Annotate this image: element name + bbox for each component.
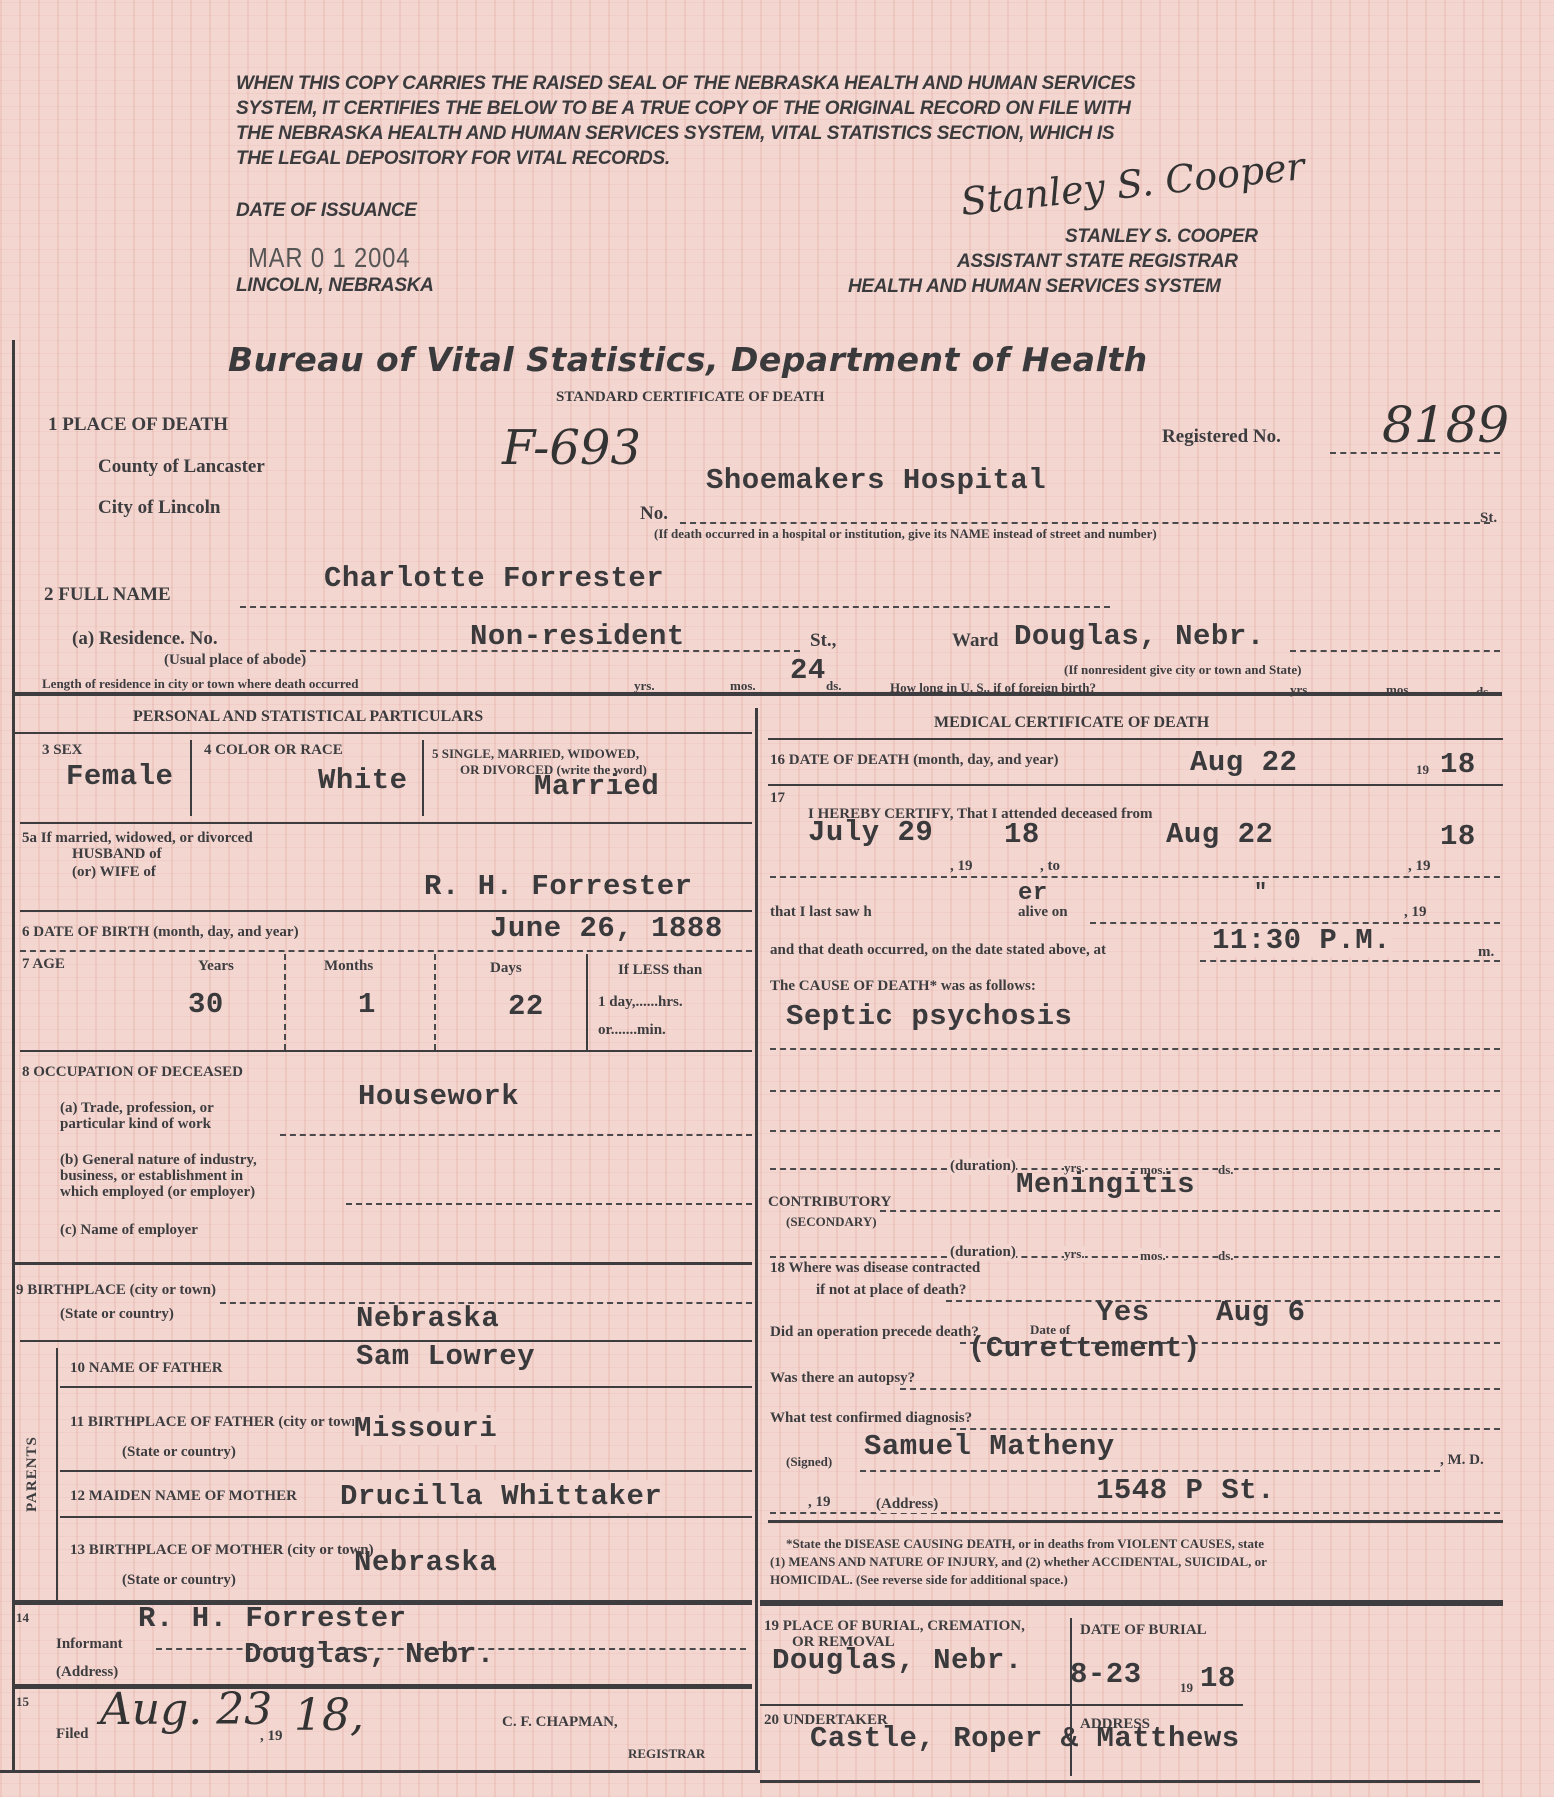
registrar-signature: Stanley S. Cooper bbox=[959, 144, 1307, 224]
dod-value: Aug 22 bbox=[1190, 746, 1297, 779]
rule bbox=[770, 1048, 1500, 1050]
certification-line-1: WHEN THIS COPY CARRIES THE RAISED SEAL O… bbox=[236, 73, 1135, 95]
signer-name: STANLEY S. COOPER bbox=[1065, 226, 1258, 248]
duration-mos-2: mos. bbox=[1140, 1248, 1166, 1264]
column-divider bbox=[755, 708, 758, 1770]
dob-label: 6 DATE OF BIRTH (month, day, and year) bbox=[22, 924, 299, 941]
filed-label: Filed bbox=[56, 1726, 89, 1743]
physician-address-label: (Address) bbox=[876, 1496, 938, 1513]
duration-label-1: (duration) bbox=[950, 1158, 1016, 1175]
trade-value: Housework bbox=[358, 1080, 519, 1113]
death-occurred-label: and that death occurred, on the date sta… bbox=[770, 942, 1106, 959]
full-name-label: 2 FULL NAME bbox=[44, 584, 171, 606]
signed-label: (Signed) bbox=[786, 1454, 832, 1470]
footnote-line-2: (1) MEANS AND NATURE OF INJURY, and (2) … bbox=[770, 1554, 1267, 1570]
sex-value: Female bbox=[66, 760, 173, 793]
cause-of-death: Septic psychosis bbox=[786, 1000, 1072, 1033]
burial-year-prefix: 19 bbox=[1180, 1680, 1193, 1696]
informant-address: Douglas, Nebr. bbox=[244, 1638, 495, 1671]
registered-no-line bbox=[1330, 452, 1500, 454]
registered-no-label: Registered No. bbox=[1162, 426, 1281, 448]
burial-year: 18 bbox=[1200, 1662, 1236, 1695]
personal-section-title: PERSONAL AND STATISTICAL PARTICULARS bbox=[133, 708, 483, 726]
duration-ds-2: ds. bbox=[1218, 1248, 1234, 1264]
registered-number: 8189 bbox=[1382, 396, 1509, 454]
spouse-label-3: (or) WIFE of bbox=[72, 864, 156, 881]
occupation-label: 8 OCCUPATION OF DECEASED bbox=[22, 1064, 243, 1081]
duration-label-2: (duration) bbox=[950, 1244, 1016, 1261]
operation-type: (Curettement) bbox=[968, 1332, 1201, 1365]
signer-organization: HEALTH AND HUMAN SERVICES SYSTEM bbox=[848, 276, 1221, 298]
burial-date-label: DATE OF BURIAL bbox=[1080, 1622, 1207, 1639]
rule bbox=[768, 738, 1503, 740]
rule bbox=[586, 954, 588, 1050]
to-label: , to bbox=[1040, 858, 1060, 875]
section-divider bbox=[12, 692, 1502, 696]
rule bbox=[56, 1348, 58, 1600]
street-line bbox=[680, 522, 1490, 524]
certification-line-4: THE LEGAL DEPOSITORY FOR VITAL RECORDS. bbox=[236, 148, 670, 170]
rule bbox=[770, 876, 1500, 878]
informant-number: 14 bbox=[16, 1610, 29, 1626]
filed-date: Aug. 23 bbox=[100, 1684, 272, 1735]
duration-yrs-2: yrs. bbox=[1064, 1246, 1085, 1262]
mother-name-label: 12 MAIDEN NAME OF MOTHER bbox=[70, 1488, 297, 1505]
rule bbox=[760, 1704, 1243, 1706]
spouse-label-1: 5a If married, widowed, or divorced bbox=[22, 830, 253, 847]
physician-address: 1548 P St. bbox=[1096, 1474, 1275, 1507]
rule bbox=[20, 950, 752, 952]
rule bbox=[20, 1050, 752, 1052]
years-label: Years bbox=[198, 958, 234, 975]
employer-label: (c) Name of employer bbox=[60, 1222, 198, 1239]
filed-number: 15 bbox=[16, 1694, 29, 1710]
operation-label: Did an operation precede death? bbox=[770, 1324, 979, 1341]
attended-to: Aug 22 bbox=[1166, 818, 1273, 851]
dod-year: 18 bbox=[1440, 748, 1476, 781]
informant-address-label: (Address) bbox=[56, 1664, 118, 1681]
street-no-label: No. bbox=[640, 503, 668, 525]
ward-value: Douglas, Nebr. bbox=[1014, 620, 1265, 653]
residence-line bbox=[300, 650, 800, 652]
institution-note: (If death occurred in a hospital or inst… bbox=[654, 526, 1157, 542]
registrar-title: REGISTRAR bbox=[628, 1746, 705, 1762]
mother-birthplace-state-label: (State or country) bbox=[122, 1572, 236, 1589]
bureau-title: Bureau of Vital Statistics, Department o… bbox=[228, 340, 1148, 379]
father-birthplace-label: 11 BIRTHPLACE OF FATHER (city or town) bbox=[70, 1414, 365, 1431]
file-number: F-693 bbox=[502, 420, 641, 476]
city: City of Lincoln bbox=[98, 497, 220, 519]
certification-line-2: SYSTEM, IT CERTIFIES THE BELOW TO BE A T… bbox=[236, 98, 1131, 120]
mother-maiden-name: Drucilla Whittaker bbox=[340, 1480, 662, 1513]
contributory-label: CONTRIBUTORY bbox=[768, 1194, 891, 1211]
attended-from-year: 18 bbox=[1004, 818, 1040, 851]
rule bbox=[860, 1470, 1440, 1472]
rule bbox=[60, 1516, 752, 1518]
marital-label-1: 5 SINGLE, MARRIED, WIDOWED, bbox=[432, 746, 639, 762]
spouse-value: R. H. Forrester bbox=[424, 870, 693, 903]
physician-year-prefix: , 19 bbox=[808, 1494, 831, 1511]
rule bbox=[0, 1770, 760, 1773]
residence-label: (a) Residence. No. bbox=[72, 628, 218, 650]
rule bbox=[20, 822, 752, 824]
nonresident-note: (If nonresident give city or town and St… bbox=[1064, 662, 1302, 678]
date-of-issuance-label: DATE OF ISSUANCE bbox=[236, 200, 417, 222]
minutes-field: or.......min. bbox=[598, 1022, 666, 1039]
length-days-value: 24 bbox=[790, 654, 826, 687]
contracted-label-1: 18 Where was disease contracted bbox=[770, 1260, 980, 1277]
certification-line-3: THE NEBRASKA HEALTH AND HUMAN SERVICES S… bbox=[236, 123, 1114, 145]
rule bbox=[284, 954, 286, 1050]
rule bbox=[770, 1090, 1500, 1092]
alive-on-ditto: " bbox=[1254, 880, 1268, 905]
father-birthplace: Missouri bbox=[354, 1412, 497, 1445]
sex-label: 3 SEX bbox=[42, 742, 82, 759]
contributory-cause: Meningitis bbox=[1016, 1168, 1195, 1201]
father-birthplace-state-label: (State or country) bbox=[122, 1444, 236, 1461]
last-saw-pronoun: er bbox=[1018, 880, 1048, 907]
physician-name: Samuel Matheny bbox=[864, 1430, 1115, 1463]
trade-label-2: particular kind of work bbox=[60, 1116, 211, 1133]
dod-year-prefix: 19 bbox=[1416, 762, 1429, 778]
race-value: White bbox=[318, 764, 408, 797]
rule bbox=[1200, 960, 1500, 962]
residence-sublabel: (Usual place of abode) bbox=[164, 652, 306, 669]
attended-from: July 29 bbox=[808, 816, 933, 849]
informant-label: Informant bbox=[56, 1636, 123, 1653]
dod-label: 16 DATE OF DEATH (month, day, and year) bbox=[770, 752, 1059, 769]
undertaker-address-label: ADDRESS bbox=[1080, 1716, 1150, 1733]
autopsy-label: Was there an autopsy? bbox=[770, 1370, 915, 1387]
md-label: , M. D. bbox=[1440, 1452, 1484, 1469]
age-days: 22 bbox=[508, 990, 544, 1023]
rule bbox=[60, 1386, 752, 1388]
registrar-name: C. F. CHAPMAN, bbox=[502, 1714, 618, 1731]
ward-line bbox=[1290, 650, 1500, 652]
residence-value: Non-resident bbox=[470, 620, 685, 653]
county: County of Lancaster bbox=[98, 456, 265, 478]
trade-label-1: (a) Trade, profession, or bbox=[60, 1100, 214, 1117]
informant-name: R. H. Forrester bbox=[138, 1602, 407, 1635]
race-label: 4 COLOR OR RACE bbox=[204, 742, 343, 759]
ward-label: Ward bbox=[952, 630, 998, 652]
rule bbox=[422, 740, 424, 816]
age-months: 1 bbox=[358, 988, 376, 1021]
rule bbox=[768, 784, 1503, 786]
left-border bbox=[12, 340, 15, 1770]
age-label: 7 AGE bbox=[22, 956, 65, 973]
rule bbox=[770, 1130, 1500, 1132]
last-saw-label: that I last saw h bbox=[770, 904, 872, 921]
signer-title: ASSISTANT STATE REGISTRAR bbox=[957, 251, 1238, 273]
rule bbox=[60, 1470, 752, 1472]
m-label: m. bbox=[1478, 944, 1494, 961]
hours-field: 1 day,......hrs. bbox=[598, 994, 683, 1011]
birthplace-value: Nebraska bbox=[356, 1302, 499, 1335]
operation-date: Aug 6 bbox=[1216, 1296, 1306, 1329]
alive-on-label: alive on bbox=[1018, 904, 1068, 921]
issuance-location: LINCOLN, NEBRASKA bbox=[236, 275, 434, 297]
dob-value: June 26, 1888 bbox=[490, 912, 723, 945]
mother-birthplace: Nebraska bbox=[354, 1546, 497, 1579]
burial-place-label-1: 19 PLACE OF BURIAL, CREMATION, bbox=[764, 1618, 1025, 1635]
full-name-line bbox=[240, 606, 1110, 608]
months-label: Months bbox=[324, 958, 373, 975]
rule bbox=[760, 1600, 1503, 1606]
birthplace-state-label: (State or country) bbox=[60, 1306, 174, 1323]
industry-label-2: business, or establishment in bbox=[60, 1168, 243, 1185]
place-of-death-label: 1 PLACE OF DEATH bbox=[48, 414, 228, 436]
contracted-label-2: if not at place of death? bbox=[816, 1282, 966, 1299]
institution-name: Shoemakers Hospital bbox=[706, 464, 1046, 497]
mother-birthplace-label: 13 BIRTHPLACE OF MOTHER (city or town) bbox=[70, 1542, 374, 1559]
father-name: Sam Lowrey bbox=[356, 1340, 535, 1373]
rule bbox=[346, 1203, 752, 1205]
marital-value: Married bbox=[534, 770, 659, 803]
burial-place: Douglas, Nebr. bbox=[772, 1644, 1023, 1677]
secondary-label: (SECONDARY) bbox=[786, 1214, 877, 1230]
form-title: STANDARD CERTIFICATE OF DEATH bbox=[556, 389, 825, 406]
rule bbox=[880, 1210, 1500, 1212]
rule bbox=[434, 954, 436, 1050]
filed-year: 18, bbox=[294, 1690, 364, 1741]
death-time: 11:30 P.M. bbox=[1212, 924, 1391, 957]
rule bbox=[12, 732, 752, 734]
certify-number: 17 bbox=[770, 790, 785, 807]
rule bbox=[768, 1520, 1503, 1523]
length-of-residence-label: Length of residence in city or town wher… bbox=[42, 676, 358, 692]
date-of-issuance: MAR 0 1 2004 bbox=[248, 242, 410, 274]
rule bbox=[770, 1256, 1500, 1258]
father-name-label: 10 NAME OF FATHER bbox=[70, 1360, 223, 1377]
deceased-full-name: Charlotte Forrester bbox=[324, 562, 664, 595]
filed-year-prefix: , 19 bbox=[260, 1728, 283, 1745]
rule bbox=[280, 1134, 752, 1136]
cause-of-death-label: The CAUSE OF DEATH* was as follows: bbox=[770, 978, 1036, 995]
diagnosis-test-label: What test confirmed diagnosis? bbox=[770, 1410, 972, 1427]
industry-label-3: which employed (or employer) bbox=[60, 1184, 255, 1201]
parents-label: PARENTS bbox=[24, 1436, 41, 1512]
from-year-prefix: , 19 bbox=[950, 858, 973, 875]
footnote-line-3: HOMICIDAL. (See reverse side for additio… bbox=[770, 1572, 1068, 1588]
rule bbox=[190, 740, 192, 816]
medical-section-title: MEDICAL CERTIFICATE OF DEATH bbox=[934, 714, 1209, 732]
to-year-prefix: , 19 bbox=[1408, 858, 1431, 875]
undertaker-name: Castle, Roper & Matthews bbox=[810, 1722, 1240, 1755]
less-than-label: If LESS than bbox=[618, 962, 702, 979]
industry-label-1: (b) General nature of industry, bbox=[60, 1152, 257, 1169]
residence-st-label: St., bbox=[810, 630, 836, 652]
rule bbox=[760, 1780, 1480, 1783]
age-years: 30 bbox=[188, 988, 224, 1021]
spouse-label-2: HUSBAND of bbox=[72, 846, 162, 863]
attended-to-year: 18 bbox=[1440, 820, 1476, 853]
birthplace-label: 9 BIRTHPLACE (city or town) bbox=[16, 1282, 216, 1299]
burial-date: 8-23 bbox=[1070, 1658, 1142, 1691]
street-st-label: St. bbox=[1480, 510, 1497, 527]
last-saw-year-prefix: , 19 bbox=[1404, 904, 1427, 921]
rule bbox=[12, 1262, 752, 1265]
days-label: Days bbox=[490, 960, 522, 977]
duration-ds-1: ds. bbox=[1218, 1162, 1234, 1178]
footnote-line-1: *State the DISEASE CAUSING DEATH, or in … bbox=[786, 1536, 1264, 1552]
rule bbox=[900, 1388, 1500, 1390]
operation-value: Yes bbox=[1096, 1296, 1150, 1329]
